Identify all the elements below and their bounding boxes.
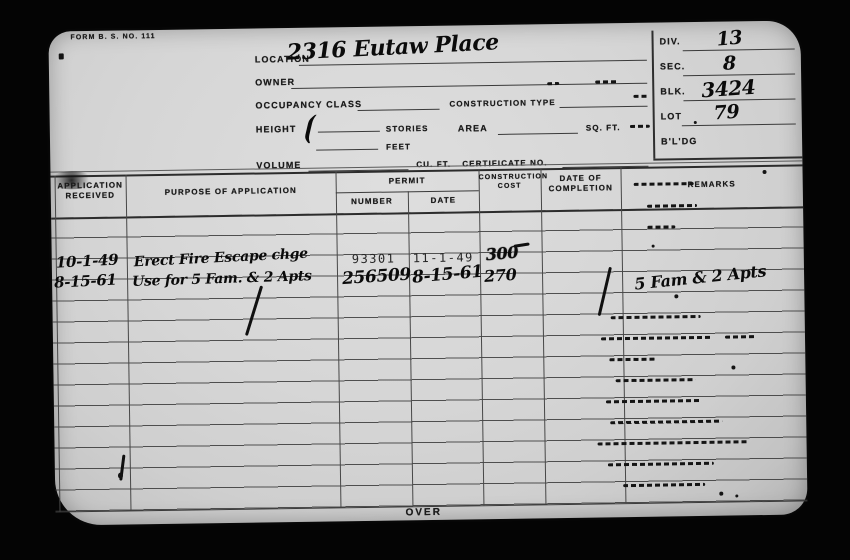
scan-artifact-dash — [647, 225, 675, 228]
lot-line — [682, 124, 796, 127]
stories-line — [318, 131, 380, 133]
microfilm-background: FORM B. S. NO. 111 LOCATION 2316 Eutaw P… — [0, 0, 850, 560]
area-line — [498, 133, 578, 135]
header-permit-number: NUMBER — [336, 196, 408, 207]
brace-glyph: ⦗ — [303, 110, 313, 145]
area-label: AREA — [458, 123, 488, 135]
scan-artifact-dot — [731, 365, 735, 369]
construction-type-label: CONSTRUCTION TYPE — [449, 98, 555, 110]
height-label: HEIGHT — [256, 124, 297, 136]
owner-label: OWNER — [255, 77, 295, 89]
div-line — [683, 49, 795, 52]
scan-artifact-dot — [694, 121, 697, 124]
blk-value: 3424 — [701, 75, 757, 103]
volume-label: VOLUME — [256, 160, 301, 172]
sq-ft-label: SQ. FT. — [586, 123, 621, 134]
stories-label: STORIES — [386, 124, 429, 135]
scan-artifact-speck — [59, 53, 64, 59]
construction-type-line — [560, 106, 648, 108]
bldg-label: B'L'DG — [661, 136, 698, 148]
header-application-received: APPLICATION RECEIVED — [55, 180, 126, 201]
form-number: FORM B. S. NO. 111 — [70, 33, 155, 43]
occupancy-line — [358, 109, 440, 111]
scan-artifact-dash — [630, 125, 650, 128]
owner-line — [291, 83, 647, 89]
permit-record-card: FORM B. S. NO. 111 LOCATION 2316 Eutaw P… — [48, 20, 807, 525]
scan-artifact-dot — [763, 170, 767, 174]
feet-label: FEET — [386, 142, 411, 152]
row2-cost: 270 — [483, 265, 517, 286]
scan-artifact-dash — [595, 80, 617, 83]
div-label: DIV. — [660, 36, 681, 48]
scan-artifact-dot — [735, 494, 738, 497]
header-construction-cost: CONSTRUCTION COST — [479, 173, 541, 191]
scan-artifact-dash — [633, 95, 649, 98]
header-date-of-completion: DATE OF COMPLETION — [541, 173, 621, 194]
scan-artifact-dash — [725, 335, 755, 338]
feet-line — [316, 149, 378, 151]
row1-permit-number: 93301 — [352, 251, 396, 266]
scan-artifact-dot — [674, 294, 678, 298]
header-purpose: PURPOSE OF APPLICATION — [126, 185, 336, 198]
location-value: 2316 Eutaw Place — [286, 29, 499, 66]
parcel-box-left-border — [651, 31, 655, 159]
sec-value: 8 — [723, 52, 736, 74]
div-value: 13 — [716, 26, 743, 50]
over-label: OVER — [405, 507, 442, 520]
scan-artifact-dot — [652, 245, 655, 248]
sec-label: SEC. — [660, 61, 686, 73]
row1-application-received: 10-1-49 — [55, 251, 118, 272]
pen-blob-stray — [118, 473, 123, 479]
blk-label: BLK. — [660, 86, 686, 98]
header-permit-date: DATE — [408, 195, 479, 206]
scan-artifact-dash — [547, 82, 559, 85]
scan-artifact-dot — [719, 492, 723, 496]
lot-label: LOT — [661, 111, 682, 123]
row2-application-received: 8-15-61 — [54, 271, 117, 292]
lot-value: 79 — [713, 101, 740, 125]
header-permit: PERMIT — [336, 175, 479, 187]
